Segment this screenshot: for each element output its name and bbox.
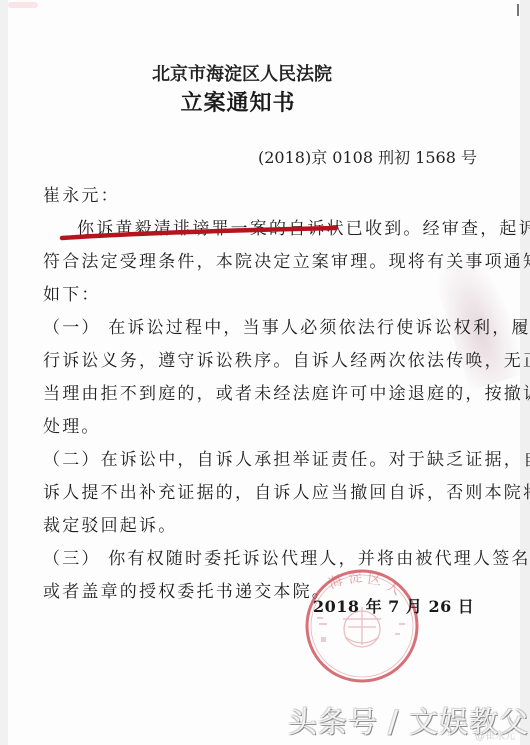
intro-line-2: 符合法定受理条件，本院决定立案审理。现将有关事项通知 xyxy=(43,246,445,279)
item-2-line-2: 诉人提不出补充证据的，自诉人应当撤回自诉，否则本院将 xyxy=(43,477,445,510)
intro-line-1-rest: 。经审查，起诉 xyxy=(403,219,530,239)
case-number: (2018)京 0108 刑初 1568 号 xyxy=(258,145,477,168)
item-1-line-4: 处理。 xyxy=(43,411,445,444)
court-name: 北京市海淀区人民法院 xyxy=(150,60,334,86)
item-1-line-1: （一） 在诉讼过程中，当事人必须依法行使诉讼权利，履 xyxy=(43,312,445,345)
red-highlight-underline xyxy=(58,224,340,242)
item-1-line-2: 行诉讼义务，遵守诉讼秩序。自诉人经两次依法传唤，无正 xyxy=(43,345,445,378)
item-2-line-1: （二）在诉讼中，自诉人承担举证责任。对于缺乏证据，自 xyxy=(43,444,445,477)
intro-line-3: 如下： xyxy=(43,279,445,312)
weibo-watermark: @崔永元 xyxy=(475,727,515,742)
addressee: 崔永元： xyxy=(43,180,445,213)
svg-text:淀: 淀 xyxy=(347,569,363,587)
issue-date: 2018 年 7 月 26 日 xyxy=(313,594,474,617)
item-2-line-3: 裁定驳回起诉。 xyxy=(43,510,445,543)
document-body: 崔永元： 你诉黄毅清诽谤罪一案的自诉状已收到。经审查，起诉 符合法定受理条件，本… xyxy=(43,180,445,609)
court-seal-stamp: 海 淀 区 人 xyxy=(303,567,421,685)
document-title: 立案通知书 xyxy=(180,86,296,117)
svg-text:区: 区 xyxy=(366,571,382,589)
item-1-line-3: 当理由拒不到庭的，或者未经法庭许可中途退庭的，按撤诉 xyxy=(43,378,445,411)
case-filing-notice-document: 北京市海淀区人民法院 立案通知书 (2018)京 0108 刑初 1568 号 … xyxy=(0,0,530,745)
